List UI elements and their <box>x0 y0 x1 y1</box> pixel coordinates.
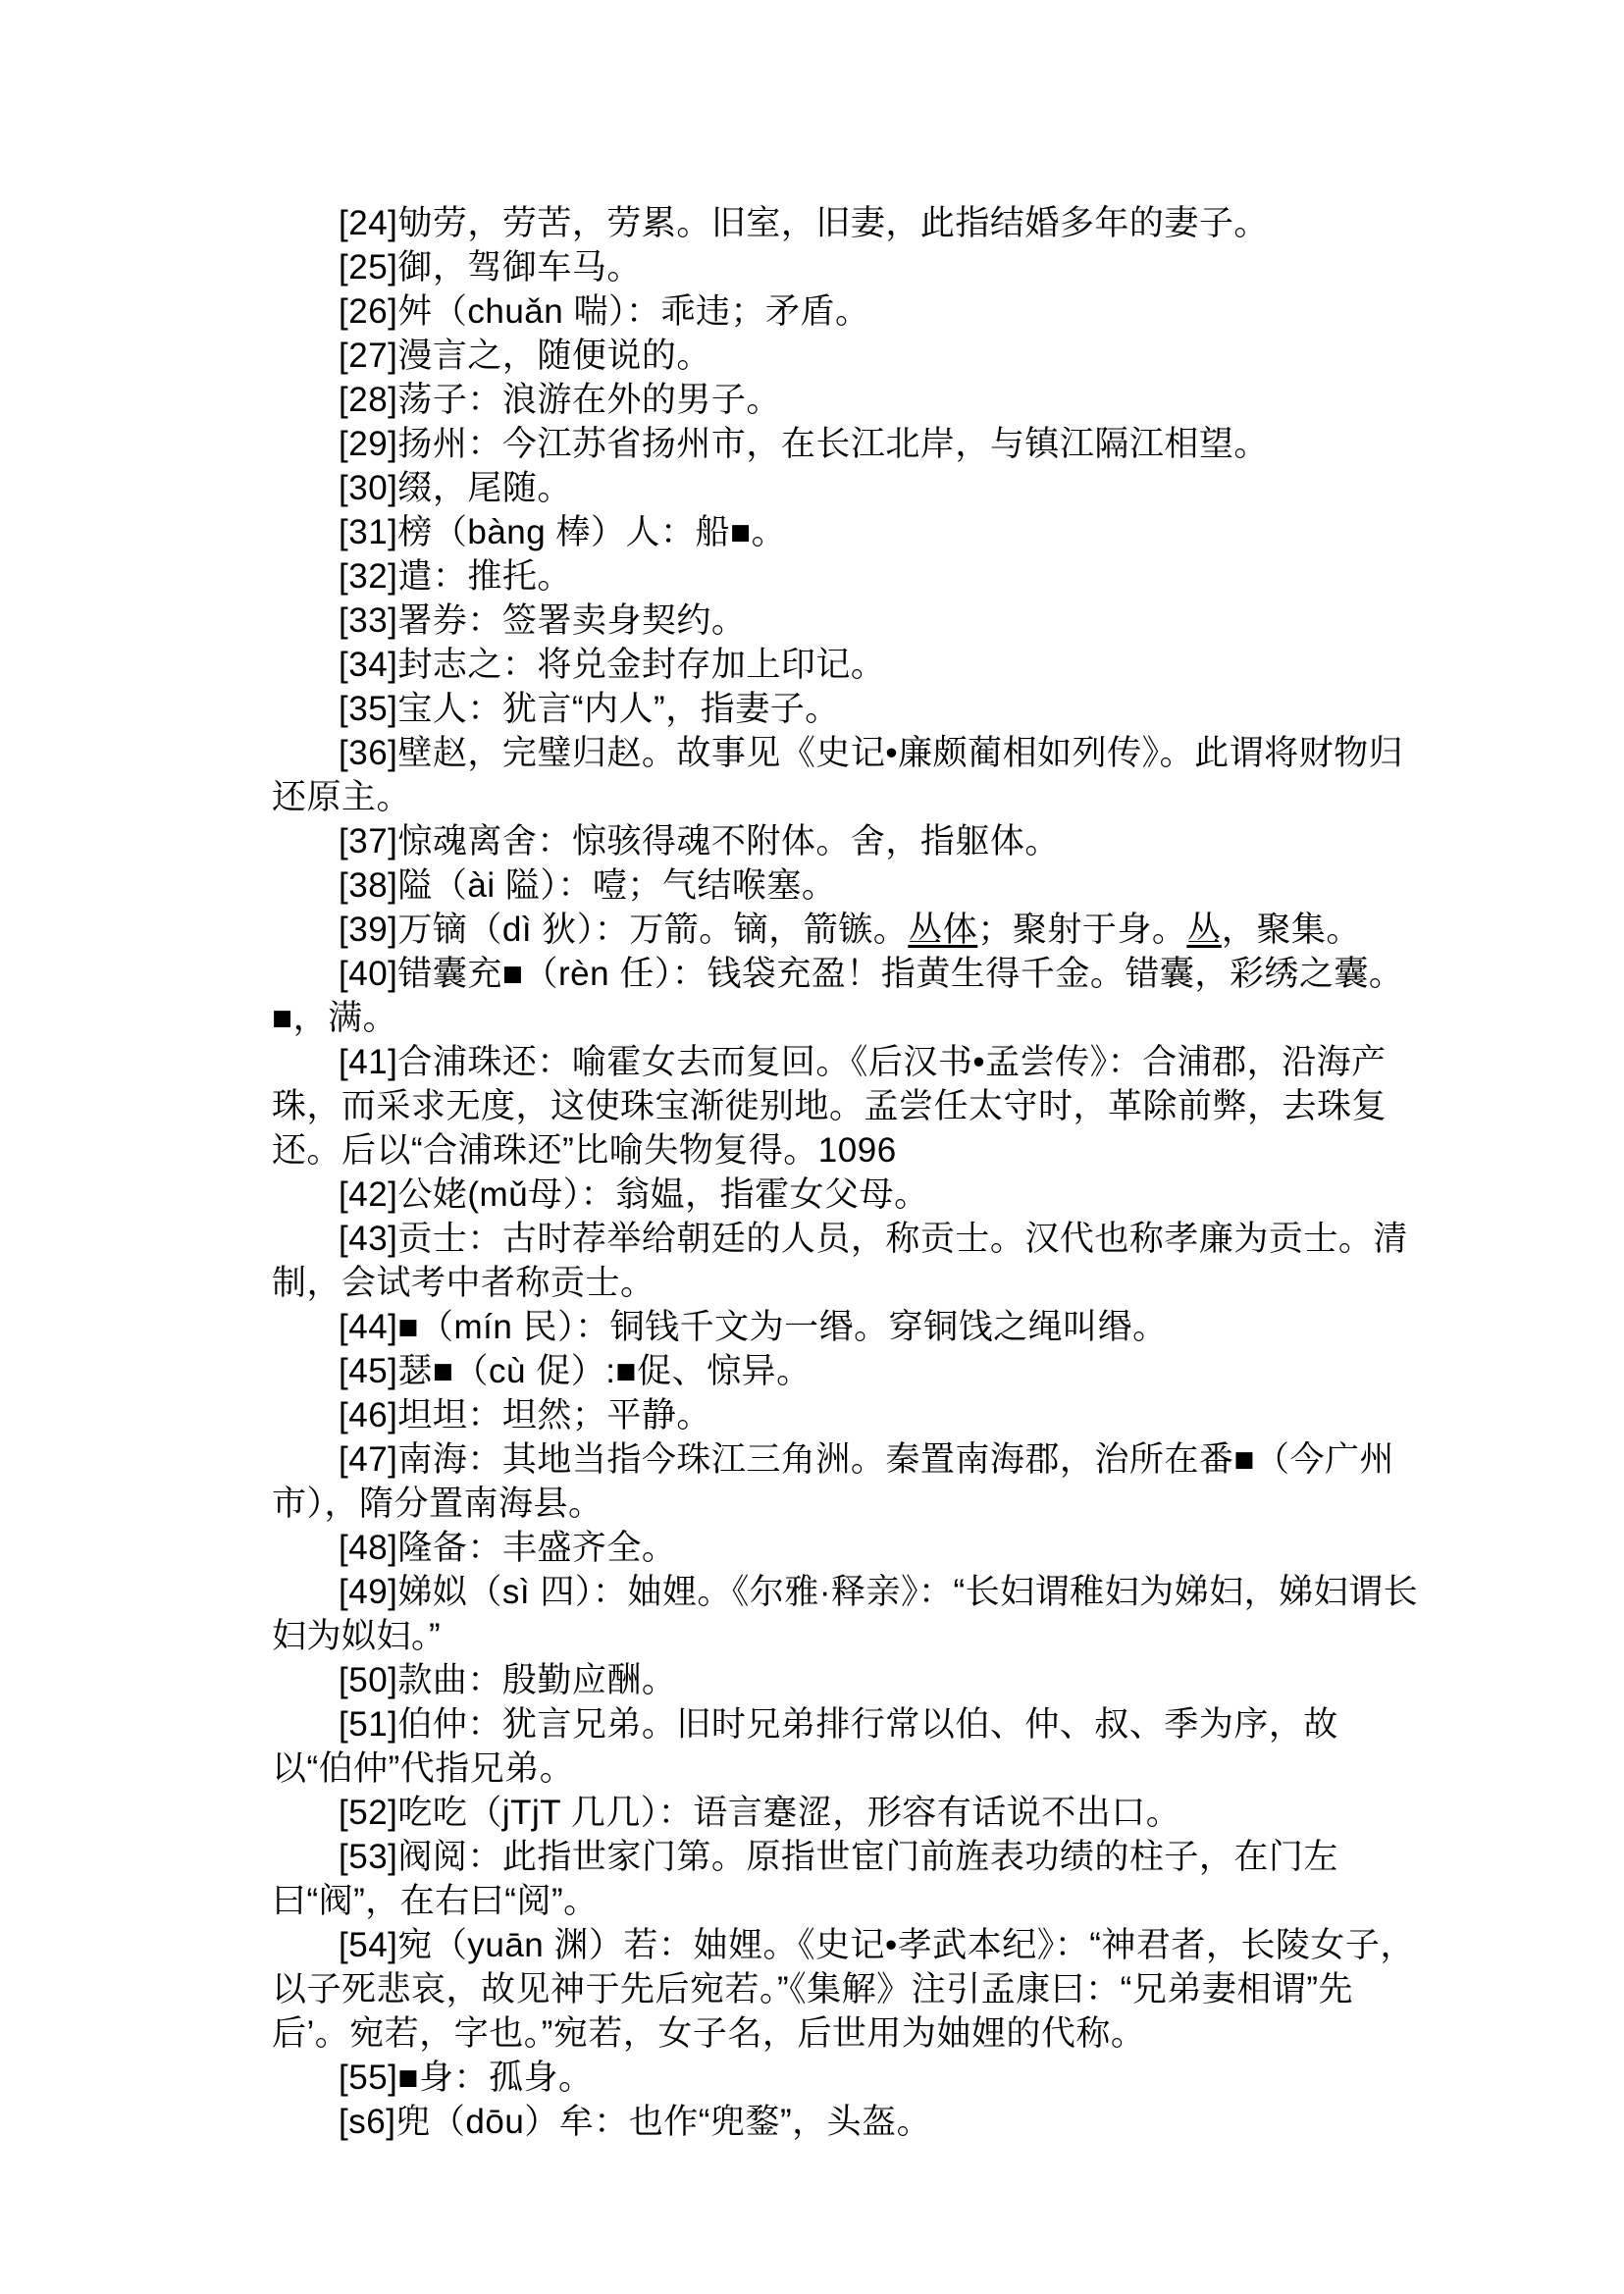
annotation-entry: [43]贡士：古时荐举给朝廷的人员，称贡士。汉代也称孝廉为贡士。清制，会试考中者… <box>272 1217 1420 1305</box>
annotation-entry: [54]宛（yuān 渊）若：妯娌。《史记•孝武本纪》：“神君者，长陵女子，以子… <box>272 1923 1420 2056</box>
annotation-text: [50]款曲：殷勤应酬。 <box>339 1661 676 1699</box>
annotation-text: [42]公姥(mǔ母）：翁媪，指霍女父母。 <box>339 1175 929 1214</box>
annotation-text: [46]坦坦：坦然；平静。 <box>339 1396 711 1434</box>
annotation-text: [54]宛（yuān 渊）若：妯娌。《史记•孝武本纪》：“神君者，长陵女子，以子… <box>272 1926 1415 2053</box>
annotation-entry: [37]惊魂离舍：惊骇得魂不附体。舍，指躯体。 <box>272 819 1420 863</box>
annotation-text: [25]御，驾御车马。 <box>339 248 642 287</box>
annotation-text: [49]娣姒（sì 四）：妯娌。《尔雅·释亲》：“长妇谓稚妇为娣妇，娣妇谓长妇为… <box>272 1573 1418 1655</box>
annotation-text: [27]漫言之，随便说的。 <box>339 337 711 375</box>
annotation-entry: [51]伯仲：犹言兄弟。旧时兄弟排行常以伯、仲、叔、季为序，故以“伯仲”代指兄弟… <box>272 1702 1420 1791</box>
annotation-entry: [55]■身：孤身。 <box>272 2056 1420 2100</box>
annotation-entry: [25]御，驾御车马。 <box>272 245 1420 289</box>
annotation-entry: [38]隘（ài 隘）：噎；气结喉塞。 <box>272 863 1420 908</box>
annotation-entry: [44]■（mín 民）：铜钱千文为一缗。穿铜饯之绳叫缗。 <box>272 1305 1420 1349</box>
annotation-text: [26]舛（chuǎn 喘）：乖违；矛盾。 <box>339 292 869 331</box>
annotation-underlined-term: 丛体 <box>908 911 977 949</box>
annotation-text: [51]伯仲：犹言兄弟。旧时兄弟排行常以伯、仲、叔、季为序，故以“伯仲”代指兄弟… <box>272 1705 1338 1788</box>
annotation-text: [41]合浦珠还：喻霍女去而复回。《后汉书•孟尝传》：合浦郡，沿海产珠，而采求无… <box>272 1043 1387 1170</box>
annotation-entry: [34]封志之：将兑金封存加上印记。 <box>272 643 1420 687</box>
annotation-text: [48]隆备：丰盛齐全。 <box>339 1529 676 1567</box>
annotation-underlined-term: 丛 <box>1186 911 1222 949</box>
annotation-text: [29]扬州：今江苏省扬州市，在长江北岸，与镇江隔江相望。 <box>339 425 1269 463</box>
annotation-entry: [27]漫言之，随便说的。 <box>272 334 1420 378</box>
annotation-entry: [42]公姥(mǔ母）：翁媪，指霍女父母。 <box>272 1173 1420 1217</box>
annotation-text: [33]署券：签署卖身契约。 <box>339 601 746 640</box>
annotation-entry: [28]荡子：浪游在外的男子。 <box>272 378 1420 422</box>
annotation-entry: [s6]兜（dōu）牟：也作“兜鍪”，头盔。 <box>272 2100 1420 2144</box>
annotation-text: [53]阀阅：此指世家门第。原指世宦门前旌表功绩的柱子，在门左曰“阀”，在右曰“… <box>272 1838 1338 1920</box>
annotation-entry: [50]款曲：殷勤应酬。 <box>272 1658 1420 1702</box>
annotation-text: [34]封志之：将兑金封存加上印记。 <box>339 646 885 684</box>
annotation-entry: [47]南海：其地当指今珠江三角洲。秦置南海郡，治所在番■（今广州市），隋分置南… <box>272 1437 1420 1526</box>
annotation-entry: [30]缀，尾随。 <box>272 466 1420 510</box>
annotation-text: [40]错囊充■（rèn 任）：钱袋充盈！指黄生得千金。错囊，彩绣之囊。■，满。 <box>272 955 1403 1037</box>
annotation-text: [39]万镝（dì 狄）：万箭。镝，箭镞。 <box>339 911 908 949</box>
annotation-entry: [39]万镝（dì 狄）：万箭。镝，箭镞。丛体；聚射于身。丛，聚集。 <box>272 908 1420 952</box>
annotation-text: [28]荡子：浪游在外的男子。 <box>339 381 781 419</box>
annotation-entry: [29]扬州：今江苏省扬州市，在长江北岸，与镇江隔江相望。 <box>272 422 1420 466</box>
annotation-entry: [49]娣姒（sì 四）：妯娌。《尔雅·释亲》：“长妇谓稚妇为娣妇，娣妇谓长妇为… <box>272 1570 1420 1658</box>
annotation-text: [31]榜（bàng 棒）人：船■。 <box>339 513 786 551</box>
annotation-entry: [41]合浦珠还：喻霍女去而复回。《后汉书•孟尝传》：合浦郡，沿海产珠，而采求无… <box>272 1040 1420 1173</box>
annotation-entry: [36]壁赵，完璧归赵。故事见《史记•廉颇蔺相如列传》。此谓将财物归还原主。 <box>272 731 1420 819</box>
annotation-text: [32]遣：推托。 <box>339 557 572 596</box>
annotation-text: [30]缀，尾随。 <box>339 469 572 507</box>
annotations-list: [24]劬劳，劳苦，劳累。旧室，旧妻，此指结婚多年的妻子。[25]御，驾御车马。… <box>272 201 1420 2144</box>
annotation-entry: [52]吃吃（jTjT 几几）：语言蹇涩，形容有话说不出口。 <box>272 1791 1420 1835</box>
annotation-text: [35]宝人：犹言“内人”，指妻子。 <box>339 690 840 728</box>
annotation-text: [47]南海：其地当指今珠江三角洲。秦置南海郡，治所在番■（今广州市），隋分置南… <box>272 1440 1394 1523</box>
annotation-text: [37]惊魂离舍：惊骇得魂不附体。舍，指躯体。 <box>339 822 1060 860</box>
document-page: [24]劬劳，劳苦，劳累。旧室，旧妻，此指结婚多年的妻子。[25]御，驾御车马。… <box>0 0 1624 2294</box>
annotation-text: ，聚集。 <box>1222 911 1361 949</box>
annotation-entry: [33]署券：签署卖身契约。 <box>272 599 1420 643</box>
annotation-entry: [32]遣：推托。 <box>272 554 1420 599</box>
annotation-text: [44]■（mín 民）：铜钱千文为一缗。穿铜饯之绳叫缗。 <box>339 1308 1168 1346</box>
annotation-text: [43]贡士：古时荐举给朝廷的人员，称贡士。汉代也称孝廉为贡士。清制，会试考中者… <box>272 1220 1408 1302</box>
annotation-entry: [35]宝人：犹言“内人”，指妻子。 <box>272 687 1420 731</box>
annotation-entry: [45]瑟■（cù 促）:■促、惊异。 <box>272 1349 1420 1393</box>
annotation-text: [s6]兜（dōu）牟：也作“兜鍪”，头盔。 <box>339 2103 931 2141</box>
annotation-entry: [46]坦坦：坦然；平静。 <box>272 1393 1420 1437</box>
annotation-entry: [53]阀阅：此指世家门第。原指世宦门前旌表功绩的柱子，在门左曰“阀”，在右曰“… <box>272 1835 1420 1923</box>
annotation-text: ；聚射于身。 <box>977 911 1186 949</box>
annotation-entry: [24]劬劳，劳苦，劳累。旧室，旧妻，此指结婚多年的妻子。 <box>272 201 1420 245</box>
annotation-text: [38]隘（ài 隘）：噎；气结喉塞。 <box>339 866 836 905</box>
annotation-text: [24]劬劳，劳苦，劳累。旧室，旧妻，此指结婚多年的妻子。 <box>339 204 1269 242</box>
annotation-entry: [26]舛（chuǎn 喘）：乖违；矛盾。 <box>272 289 1420 334</box>
annotation-entry: [31]榜（bàng 棒）人：船■。 <box>272 510 1420 554</box>
annotation-text: [52]吃吃（jTjT 几几）：语言蹇涩，形容有话说不出口。 <box>339 1794 1180 1832</box>
annotation-text: [36]壁赵，完璧归赵。故事见《史记•廉颇蔺相如列传》。此谓将财物归还原主。 <box>272 734 1403 816</box>
annotation-text: [55]■身：孤身。 <box>339 2059 594 2097</box>
annotation-entry: [40]错囊充■（rèn 任）：钱袋充盈！指黄生得千金。错囊，彩绣之囊。■，满。 <box>272 952 1420 1040</box>
annotation-text: [45]瑟■（cù 促）:■促、惊异。 <box>339 1352 812 1390</box>
annotation-entry: [48]隆备：丰盛齐全。 <box>272 1526 1420 1570</box>
